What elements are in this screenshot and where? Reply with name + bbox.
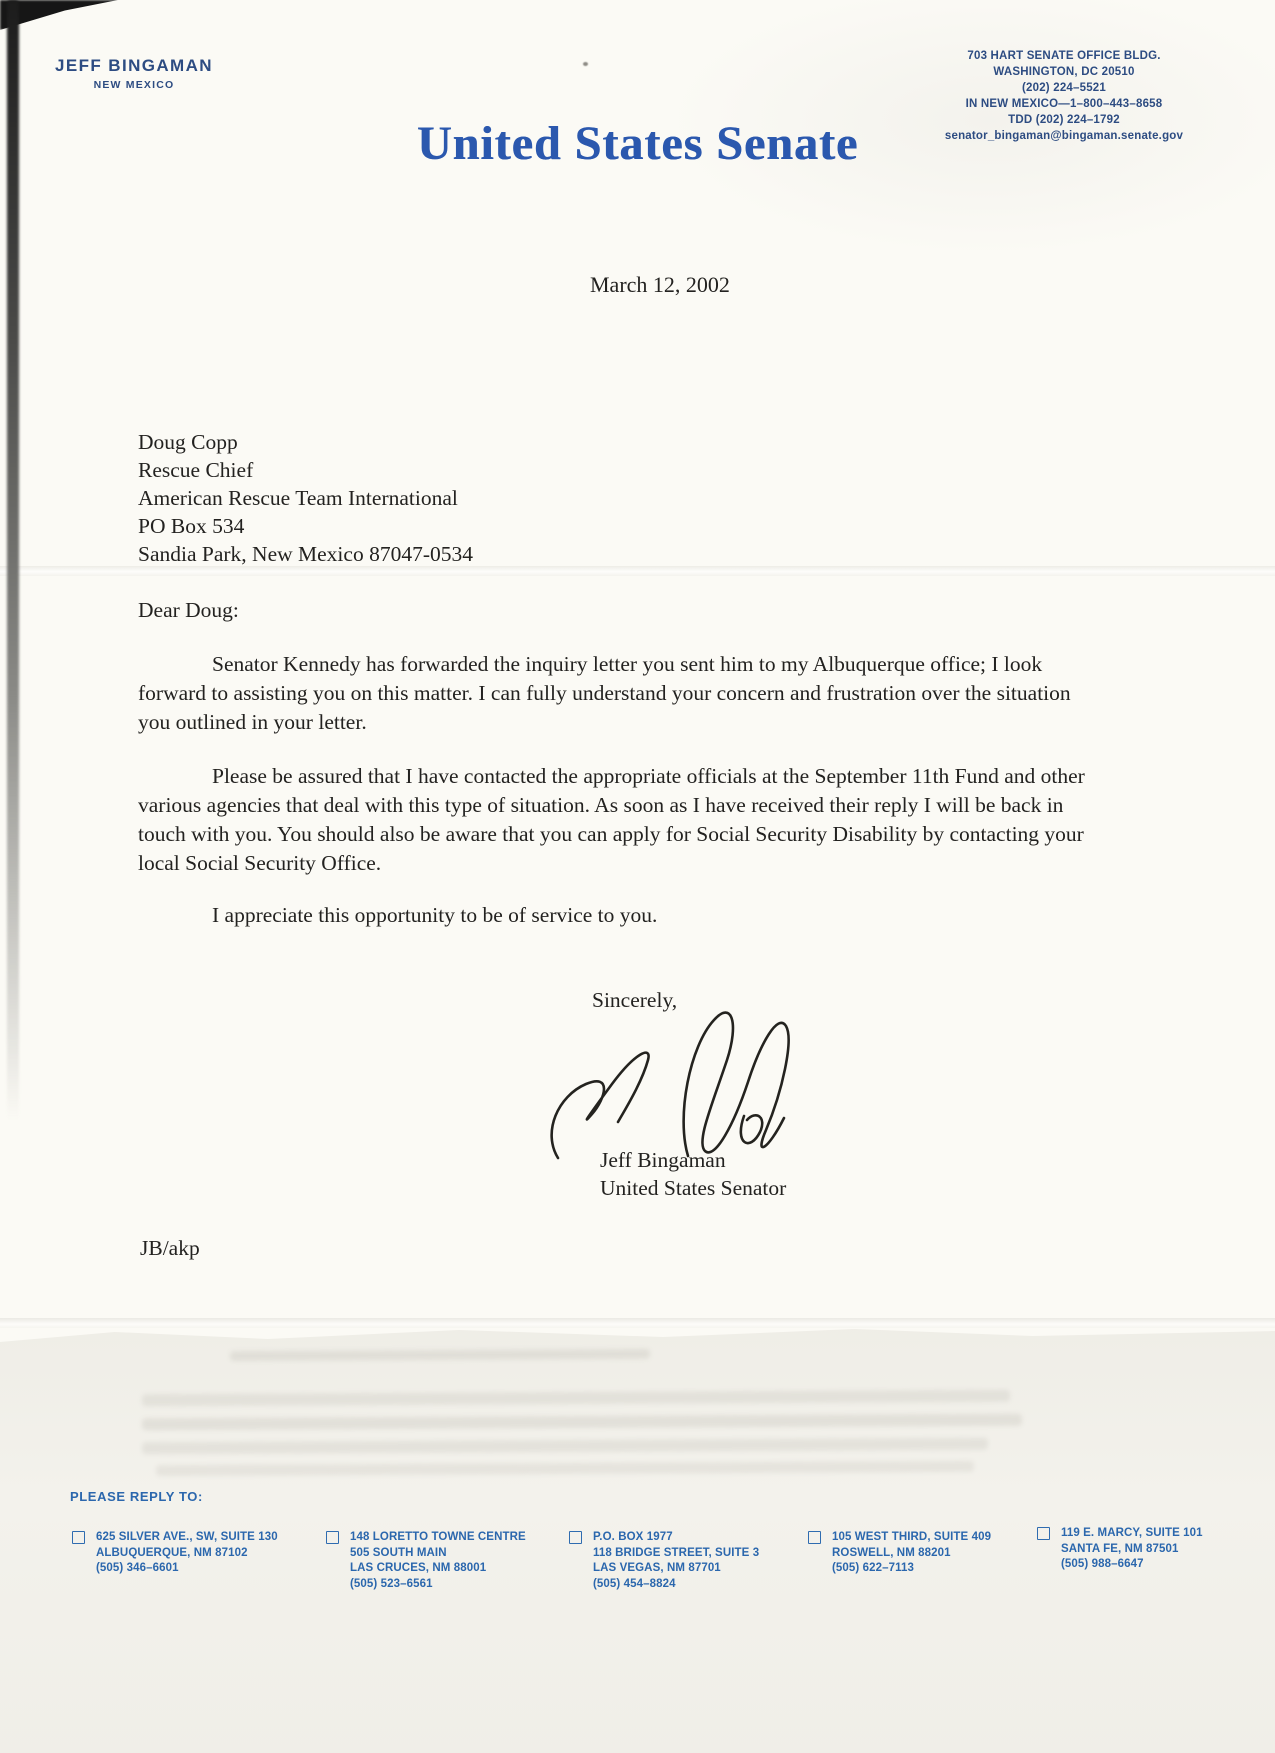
recipient-line: American Rescue Team International bbox=[138, 484, 473, 512]
recipient-line: Doug Copp bbox=[138, 428, 473, 456]
checkbox-icon bbox=[1037, 1527, 1050, 1540]
office-lines: P.O. BOX 1977 118 BRIDGE STREET, SUITE 3… bbox=[593, 1530, 759, 1592]
signature-block: Jeff Bingaman United States Senator bbox=[600, 1146, 786, 1202]
recipient-line: Rescue Chief bbox=[138, 456, 473, 484]
recipient-address-block: Doug Copp Rescue Chief American Rescue T… bbox=[138, 428, 473, 568]
scanned-letter-page: JEFF BINGAMAN NEW MEXICO 703 HART SENATE… bbox=[0, 0, 1275, 1753]
handwritten-signature bbox=[540, 1000, 850, 1162]
office-lines: 105 WEST THIRD, SUITE 409 ROSWELL, NM 88… bbox=[832, 1530, 991, 1577]
office-address: 625 SILVER AVE., SW, SUITE 130 ALBUQUERQ… bbox=[72, 1530, 322, 1577]
letterhead-sender: JEFF BINGAMAN NEW MEXICO bbox=[55, 56, 213, 91]
office-line: LAS VEGAS, NM 87701 bbox=[593, 1561, 759, 1577]
office-line: 625 SILVER AVE., SW, SUITE 130 bbox=[96, 1530, 278, 1546]
signer-title: United States Senator bbox=[600, 1174, 786, 1202]
office-address: 105 WEST THIRD, SUITE 409 ROSWELL, NM 88… bbox=[808, 1530, 1032, 1577]
reply-to-label: PLEASE REPLY TO: bbox=[70, 1489, 203, 1504]
office-line: (505) 622–7113 bbox=[832, 1561, 991, 1577]
contact-line: IN NEW MEXICO—1–800–443–8658 bbox=[868, 96, 1260, 112]
signer-name: Jeff Bingaman bbox=[600, 1146, 786, 1174]
letter-date: March 12, 2002 bbox=[590, 272, 730, 298]
office-line: 105 WEST THIRD, SUITE 409 bbox=[832, 1530, 991, 1546]
office-lines: 119 E. MARCY, SUITE 101 SANTA FE, NM 875… bbox=[1061, 1526, 1203, 1573]
office-address: 119 E. MARCY, SUITE 101 SANTA FE, NM 875… bbox=[1037, 1526, 1257, 1573]
contact-line: WASHINGTON, DC 20510 bbox=[868, 64, 1260, 80]
office-line: LAS CRUCES, NM 88001 bbox=[350, 1561, 526, 1577]
office-line: ALBUQUERQUE, NM 87102 bbox=[96, 1546, 278, 1562]
office-line: P.O. BOX 1977 bbox=[593, 1530, 759, 1546]
office-address: 148 LORETTO TOWNE CENTRE 505 SOUTH MAIN … bbox=[326, 1530, 566, 1592]
office-line: (505) 346–6601 bbox=[96, 1561, 278, 1577]
checkbox-icon bbox=[569, 1531, 582, 1544]
sender-state: NEW MEXICO bbox=[55, 79, 213, 91]
scan-speck bbox=[583, 62, 588, 66]
checkbox-icon bbox=[326, 1531, 339, 1544]
office-line: (505) 523–6561 bbox=[350, 1577, 526, 1593]
contact-line: (202) 224–5521 bbox=[868, 80, 1260, 96]
body-paragraph: Senator Kennedy has forwarded the inquir… bbox=[138, 650, 1104, 737]
checkbox-icon bbox=[808, 1531, 821, 1544]
office-line: ROSWELL, NM 88201 bbox=[832, 1546, 991, 1562]
office-line: 505 SOUTH MAIN bbox=[350, 1546, 526, 1562]
checkbox-icon bbox=[72, 1531, 85, 1544]
office-address: P.O. BOX 1977 118 BRIDGE STREET, SUITE 3… bbox=[569, 1530, 803, 1592]
salutation: Dear Doug: bbox=[138, 598, 239, 623]
org-title: United States Senate bbox=[0, 116, 1275, 171]
office-lines: 148 LORETTO TOWNE CENTRE 505 SOUTH MAIN … bbox=[350, 1530, 526, 1592]
body-paragraph: I appreciate this opportunity to be of s… bbox=[138, 901, 1104, 930]
office-line: (505) 988–6647 bbox=[1061, 1557, 1203, 1573]
office-line: SANTA FE, NM 87501 bbox=[1061, 1542, 1203, 1558]
contact-line: 703 HART SENATE OFFICE BLDG. bbox=[868, 48, 1260, 64]
recipient-line: Sandia Park, New Mexico 87047-0534 bbox=[138, 540, 473, 568]
reference-initials: JB/akp bbox=[140, 1236, 200, 1261]
sender-name: JEFF BINGAMAN bbox=[55, 56, 213, 76]
body-paragraph: Please be assured that I have contacted … bbox=[138, 762, 1104, 878]
office-line: 118 BRIDGE STREET, SUITE 3 bbox=[593, 1546, 759, 1562]
paper-fold-crease bbox=[0, 1318, 1275, 1328]
office-line: 119 E. MARCY, SUITE 101 bbox=[1061, 1526, 1203, 1542]
office-lines: 625 SILVER AVE., SW, SUITE 130 ALBUQUERQ… bbox=[96, 1530, 278, 1577]
office-line: 148 LORETTO TOWNE CENTRE bbox=[350, 1530, 526, 1546]
office-line: (505) 454–8824 bbox=[593, 1577, 759, 1593]
recipient-line: PO Box 534 bbox=[138, 512, 473, 540]
